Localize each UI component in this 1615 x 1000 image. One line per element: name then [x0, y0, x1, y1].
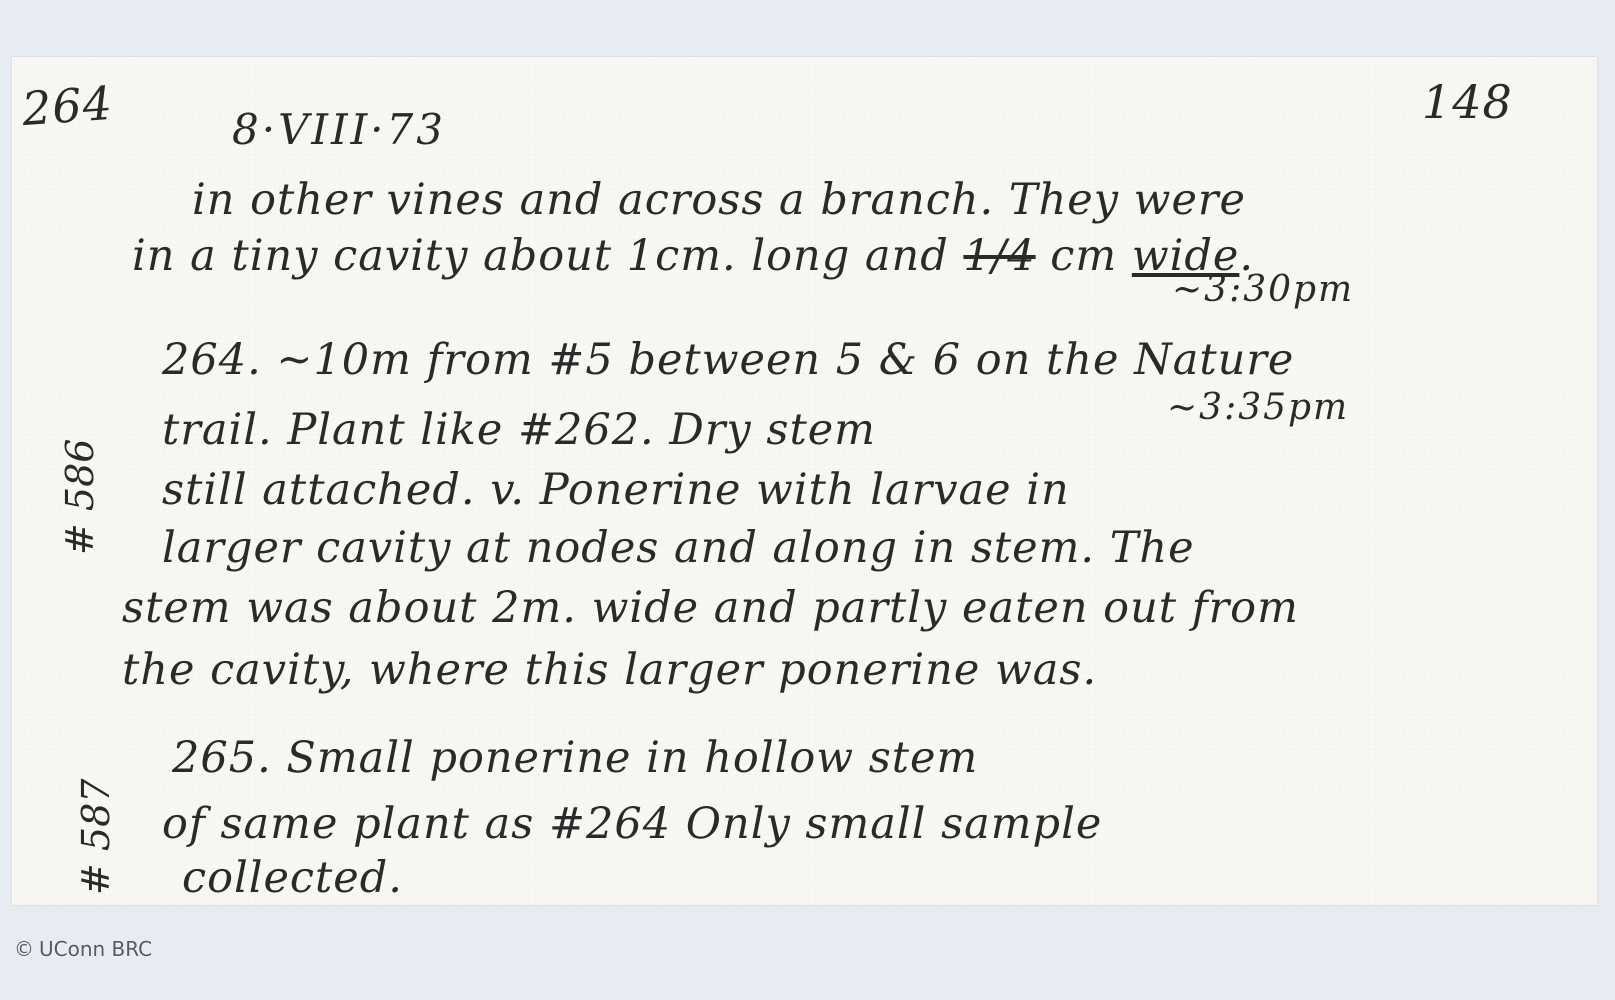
margin-label-586: # 586	[58, 439, 102, 555]
field-notes-card: 264 8·VIII·73 148 in other vines and acr…	[12, 57, 1597, 905]
continuation-line-2-text: in a tiny cavity about 1cm. long and	[132, 231, 963, 281]
entry-264-line-4: larger cavity at nodes and along in stem…	[162, 527, 1195, 570]
continuation-line-2: in a tiny cavity about 1cm. long and 1/4…	[132, 235, 1254, 278]
entry-264-line-1: 264. ~10m from #5 between 5 & 6 on the N…	[162, 339, 1294, 382]
unit-text: cm	[1036, 231, 1132, 281]
entry-264-line-6: the cavity, where this larger ponerine w…	[122, 649, 1097, 692]
entry-264-line-2: trail. Plant like #262. Dry stem	[162, 409, 876, 452]
entry-264-line-5: stem was about 2m. wide and partly eaten…	[122, 587, 1299, 630]
entry-264-time: ~3:35pm	[1167, 387, 1349, 428]
fraction-value: 1/4	[963, 231, 1035, 281]
entry-264-line-3: still attached. v. Ponerine with larvae …	[162, 469, 1070, 512]
card-corner-id: 264	[20, 76, 114, 136]
copyright-icon: ©	[14, 937, 34, 961]
page-number: 148	[1422, 75, 1513, 129]
entry-265-line-3: collected.	[182, 857, 403, 900]
entry-265-line-2: of same plant as #264 Only small sample	[162, 803, 1102, 846]
copyright-notice: ©UConn BRC	[14, 937, 152, 961]
copyright-text: UConn BRC	[39, 937, 152, 961]
card-date: 8·VIII·73	[232, 105, 446, 154]
entry-265-line-1: 265. Small ponerine in hollow stem	[172, 737, 978, 780]
continuation-line-1: in other vines and across a branch. They…	[192, 179, 1246, 222]
margin-label-587: # 587	[74, 779, 118, 895]
continuation-time: ~3:30pm	[1172, 269, 1354, 310]
